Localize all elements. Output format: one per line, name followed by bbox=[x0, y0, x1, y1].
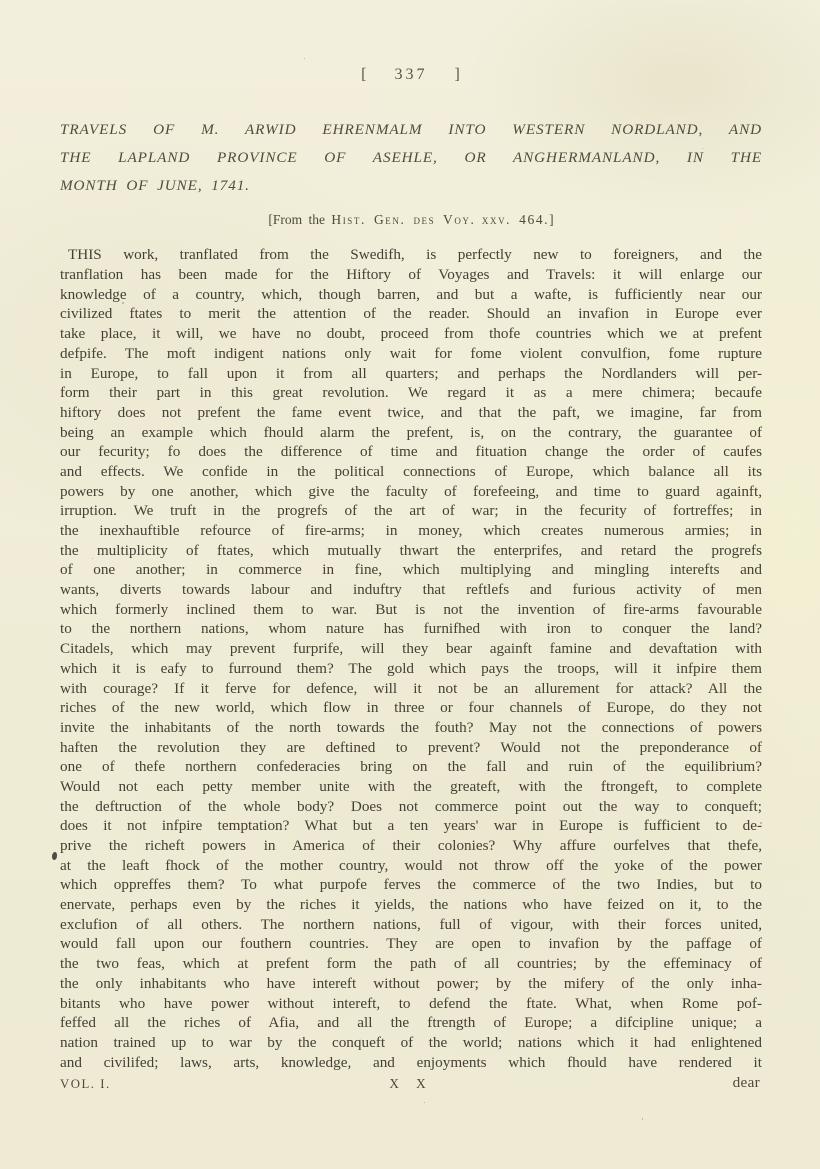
text-line: Citadels, which may prevent furprife, wi… bbox=[60, 639, 762, 659]
folio-number: 337 bbox=[395, 64, 428, 86]
text-line: knowledge of a country, which, though ba… bbox=[60, 285, 762, 305]
folio-close-bracket: ] bbox=[455, 66, 461, 83]
text-line: our fecurity; fo does the difference of … bbox=[60, 442, 762, 462]
title-line-2: THE LAPLAND PROVINCE OF ASEHLE, OR ANGHE… bbox=[60, 144, 762, 172]
text-line: Would not each petty member unite with t… bbox=[60, 777, 762, 797]
text-line: at the leaft fhock of the mother country… bbox=[60, 856, 762, 876]
source-citation: [From the Hist. Gen. des Voy. xxv. 464.] bbox=[60, 212, 762, 228]
paper-speck bbox=[304, 58, 305, 59]
text-line: prive the richeft powers in America of t… bbox=[60, 836, 762, 856]
catchword: dear bbox=[733, 1074, 760, 1092]
paper-speck bbox=[204, 982, 206, 984]
text-line: enervate, perhaps even by the riches it … bbox=[60, 895, 762, 915]
text-line: being an example which fhould alarm the … bbox=[60, 423, 762, 443]
text-line: irruption. We truft in the progrefs of t… bbox=[60, 501, 762, 521]
page-footer: VOL. I. X X dear bbox=[60, 1074, 762, 1096]
page-content: [337] TRAVELS OF M. ARWID EHRENMALM INTO… bbox=[0, 0, 820, 1096]
text-line: tranflation has been made for the Hiftor… bbox=[60, 265, 762, 285]
volume-label: VOL. I. bbox=[60, 1077, 111, 1092]
citation-close-bracket: ] bbox=[549, 212, 554, 227]
body-text: THIS work, tranflated from the Swedifh, … bbox=[60, 245, 762, 1072]
text-line: invite the inhabitants of the north towa… bbox=[60, 718, 762, 738]
text-line: riches of the new world, which flow in t… bbox=[60, 698, 762, 718]
paper-speck bbox=[122, 302, 124, 304]
text-line: which it is eafy to furround them? The g… bbox=[60, 659, 762, 679]
text-line: which formerly inclined them to war. But… bbox=[60, 600, 762, 620]
paper-speck bbox=[642, 1118, 643, 1120]
text-line: the only inhabitants who have intereft w… bbox=[60, 974, 762, 994]
text-line: form their part in this great revolution… bbox=[60, 383, 762, 403]
text-line: THIS work, tranflated from the Swedifh, … bbox=[60, 245, 762, 265]
page-number: [337] bbox=[60, 64, 762, 86]
article-title: TRAVELS OF M. ARWID EHRENMALM INTO WESTE… bbox=[60, 116, 762, 199]
text-line: and civilifed; laws, arts, knowledge, an… bbox=[60, 1053, 762, 1073]
text-line: bitants who have power without intereft,… bbox=[60, 994, 762, 1014]
paper-speck bbox=[702, 148, 703, 149]
text-line: powers by one another, which give the fa… bbox=[60, 482, 762, 502]
text-line: civilized ftates to merit the attention … bbox=[60, 304, 762, 324]
text-line: with courage? If it ferve for defence, w… bbox=[60, 679, 762, 699]
folio-open-bracket: [ bbox=[361, 66, 367, 83]
title-line-1: TRAVELS OF M. ARWID EHRENMALM INTO WESTE… bbox=[60, 116, 762, 144]
paper-speck bbox=[760, 822, 762, 824]
text-line: nation trained up to war by the conqueft… bbox=[60, 1033, 762, 1053]
text-line: the two feas, which at prefent form the … bbox=[60, 954, 762, 974]
text-line: of one another; in commerce in fine, whi… bbox=[60, 560, 762, 580]
citation-source: Hist. Gen. des Voy. bbox=[331, 212, 475, 227]
text-line: does it not infpire temptation? What but… bbox=[60, 816, 762, 836]
text-line: haften the revolution they are deftined … bbox=[60, 738, 762, 758]
text-line: to the northern nations, whom nature has… bbox=[60, 619, 762, 639]
text-line: and effects. We confide in the political… bbox=[60, 462, 762, 482]
text-line: the inexhauftible refource of fire-arms;… bbox=[60, 521, 762, 541]
text-line: wants, diverts towards labour and induft… bbox=[60, 580, 762, 600]
citation-prefix: From the bbox=[273, 212, 325, 227]
text-line: which oppreffes them? To what purpofe fe… bbox=[60, 875, 762, 895]
text-line: take place, it will, we have no doubt, p… bbox=[60, 324, 762, 344]
text-line: would fall upon our fouthern countries. … bbox=[60, 934, 762, 954]
signature-mark: X X bbox=[389, 1076, 432, 1092]
text-line: exclufion of all others. The northern na… bbox=[60, 915, 762, 935]
paper-speck bbox=[92, 558, 93, 559]
text-line: hiftory does not prefent the fame event … bbox=[60, 403, 762, 423]
paper-speck bbox=[424, 1102, 425, 1103]
text-line: defpife. The moft indigent nations only … bbox=[60, 344, 762, 364]
text-line: the deftruction of the whole body? Does … bbox=[60, 797, 762, 817]
text-line: in Europe, to fall upon it from all quar… bbox=[60, 364, 762, 384]
title-line-3: MONTH OF JUNE, 1741. bbox=[60, 172, 762, 200]
text-line: one of thefe northern confederacies brin… bbox=[60, 757, 762, 777]
citation-reference: xxv. 464. bbox=[482, 212, 549, 227]
book-page-scan: [337] TRAVELS OF M. ARWID EHRENMALM INTO… bbox=[0, 0, 820, 1169]
text-line: the multiplicity of ftates, which mutual… bbox=[60, 541, 762, 561]
text-line: feffed all the riches of Afia, and all t… bbox=[60, 1013, 762, 1033]
